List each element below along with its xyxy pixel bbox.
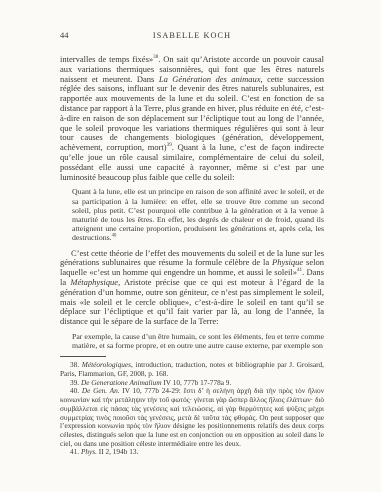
text-body: intervalles de temps fixés»38. On sait q… [60,55,324,350]
text-run: II 2, 194b 13. [97,447,138,456]
text-run: , cette succession réglée des saisons, i… [60,74,324,153]
italic-title: Phys. [81,447,97,456]
block-quote: Par exemple, la cause d’un être humain, … [72,332,324,350]
footnote-marker: 40 [112,234,117,239]
italic-title: La Génération des animaux [159,74,261,84]
italic-title: Métaphysique [70,277,118,287]
text-run: intervalles de temps fixés» [60,54,153,64]
text-run: Quant à la lune, elle est un principe en… [72,187,324,242]
block-quote: Quant à la lune, elle est un principe en… [72,187,324,242]
running-head: ISABELLE KOCH [60,30,324,41]
text-run: IV 10, 777b 17-778a 9. [161,378,231,387]
footnote: 38. Météorologiques, introduction, tradu… [60,361,324,378]
italic-title: Physique [272,257,303,267]
footnote-rule [60,356,106,357]
book-page: 44 ISABELLE KOCH intervalles de temps fi… [0,0,381,492]
text-run: 40. [70,386,82,395]
footnote: 40. De Gen. An. IV 10, 777b 24-29: ἔστι … [60,387,324,448]
italic-title: De Generatione Animalium [81,378,162,387]
text-run: 38. [70,360,82,369]
italic-title: Météorologiques [82,360,131,369]
footnote-list: 38. Météorologiques, introduction, tradu… [60,361,324,457]
body-paragraph: C’est cette théorie de l’effet des mouve… [60,249,324,327]
text-run: IV 10, 777b 24-29: ἔστι δ’ ἡ σελήνη ἀρχὴ… [60,386,324,447]
text-run: 41. [70,447,81,456]
footnote-area: 38. Météorologiques, introduction, tradu… [60,356,324,457]
footnote: 41. Phys. II 2, 194b 13. [60,448,324,457]
italic-title: De Gen. An. [82,386,120,395]
body-paragraph: intervalles de temps fixés»38. On sait q… [60,55,324,182]
text-run: 39. [70,378,81,387]
page-header: 44 ISABELLE KOCH [60,30,324,41]
text-run: Par exemple, la cause d’un être humain, … [72,332,324,350]
